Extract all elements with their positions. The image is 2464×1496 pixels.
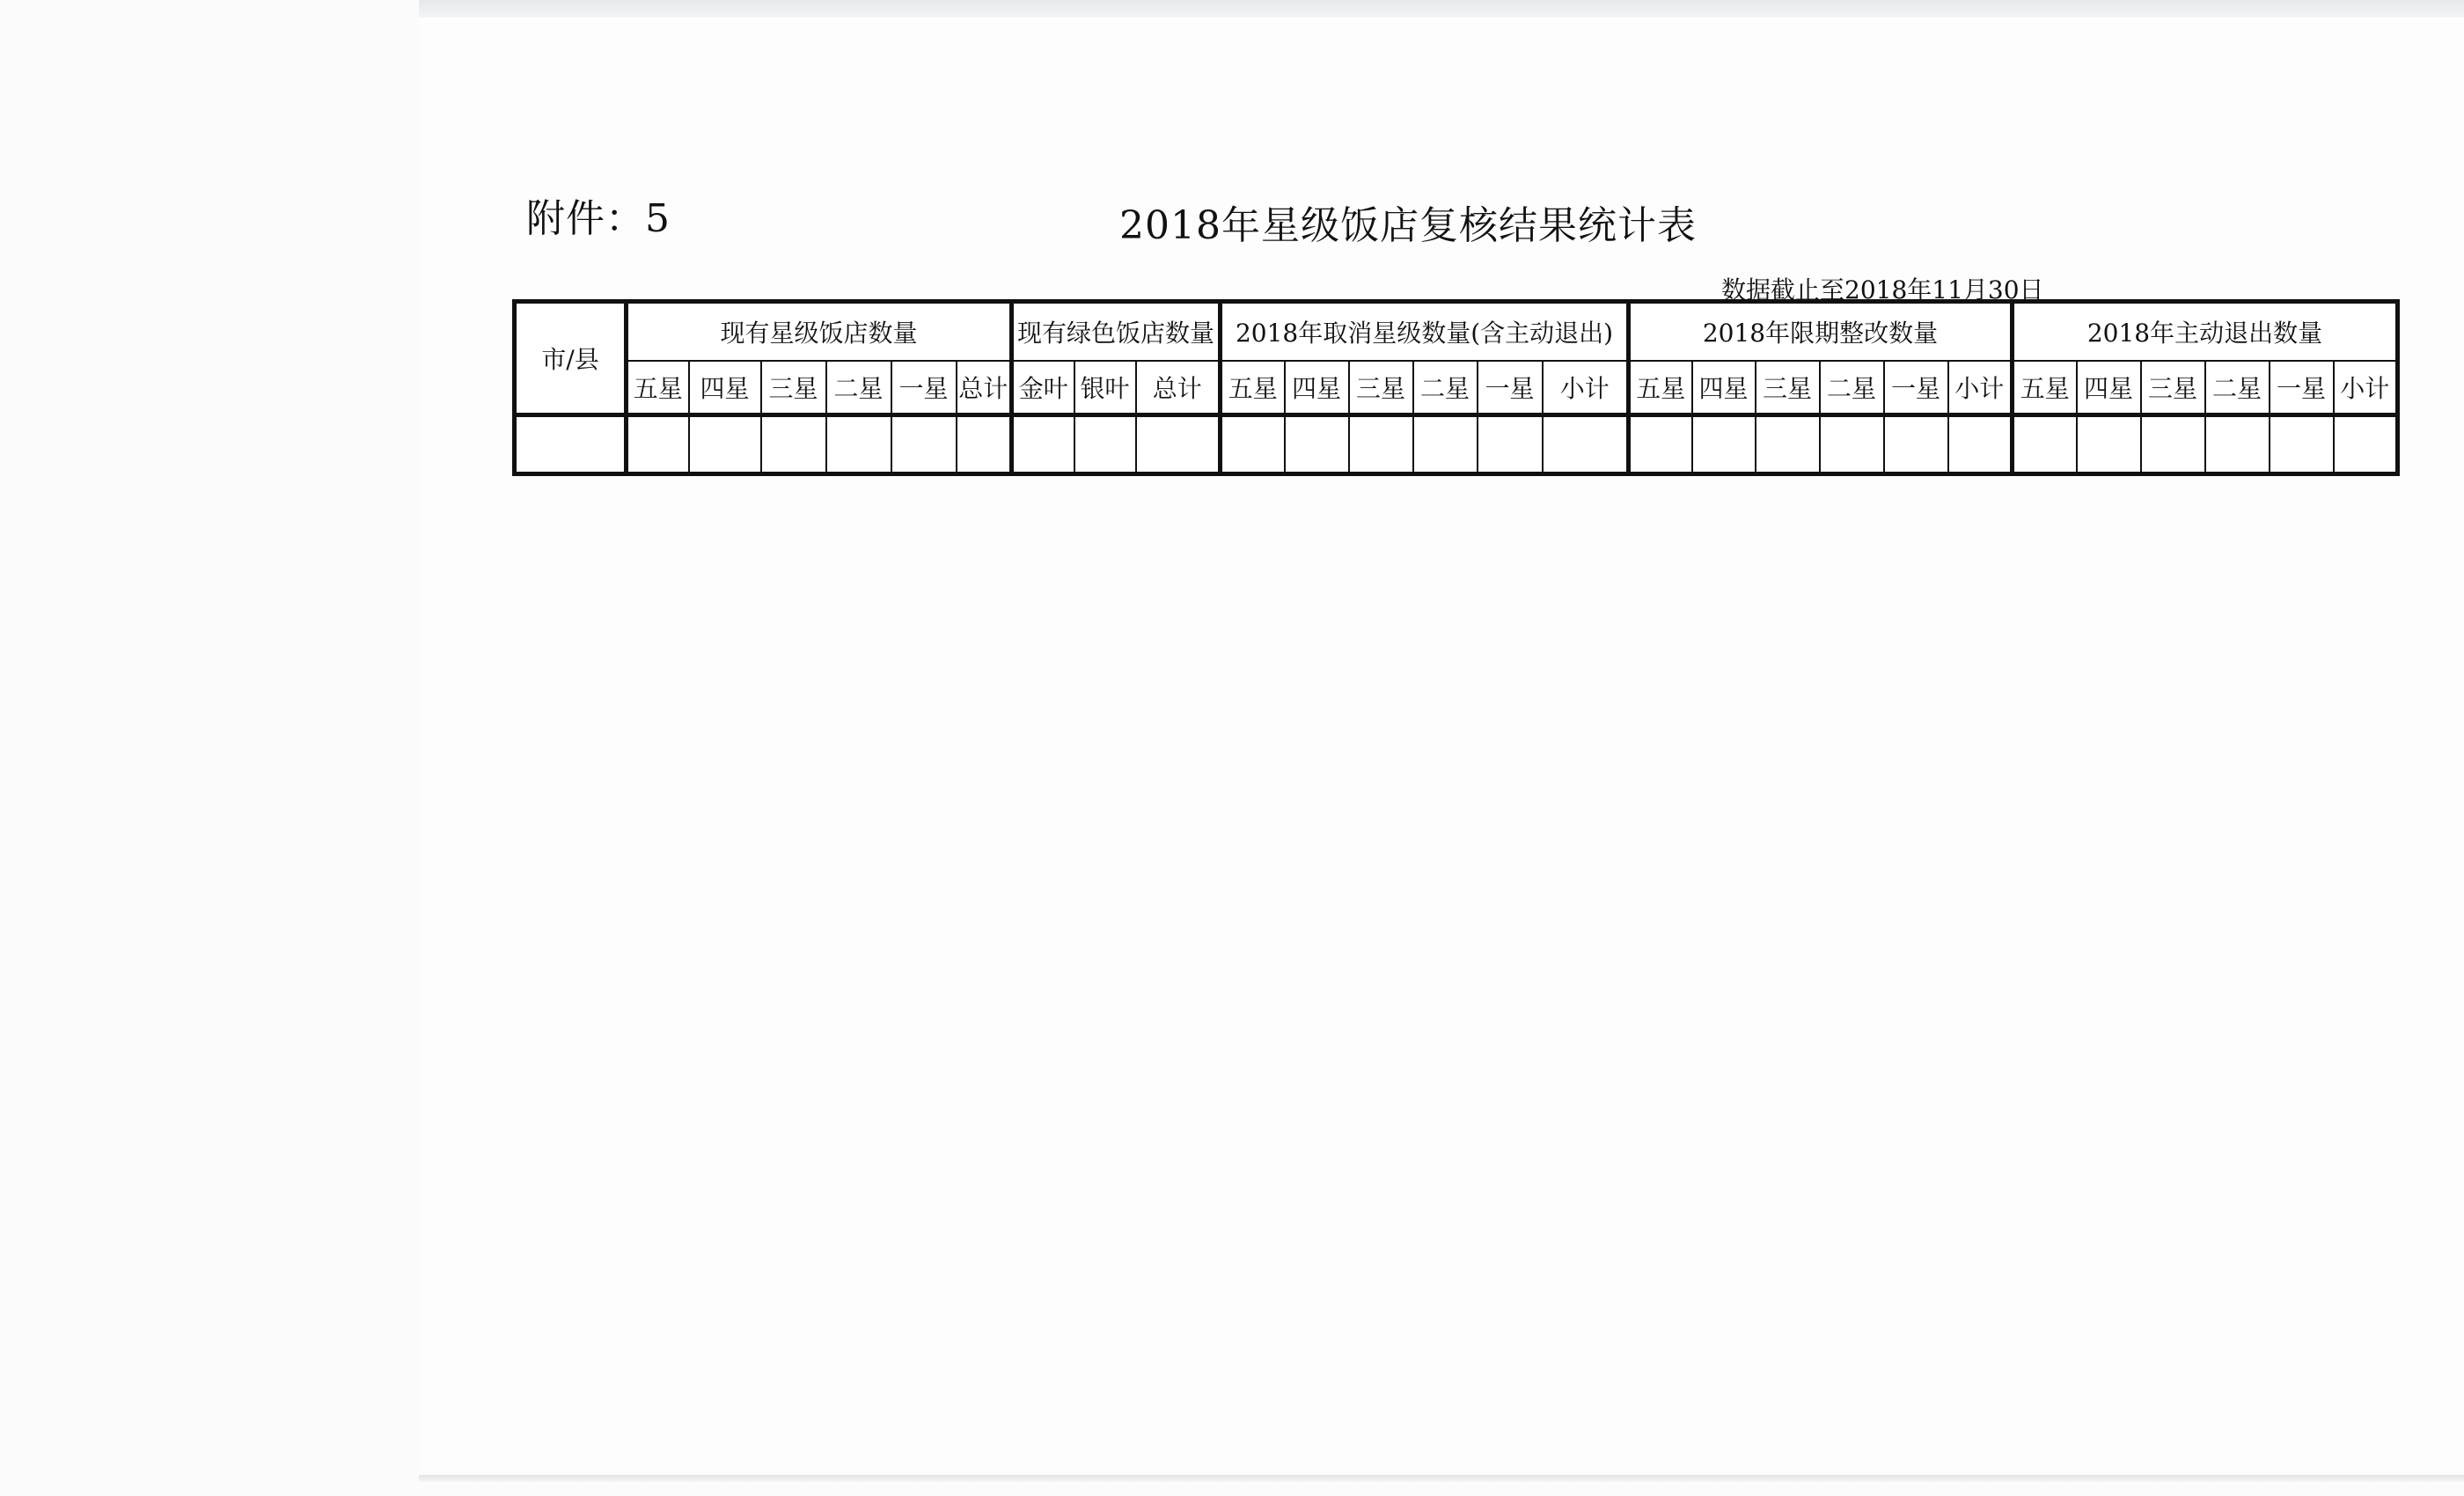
column-header: 二星 [2205, 361, 2270, 415]
column-header: 一星 [1884, 361, 1948, 415]
data-cell [627, 415, 689, 474]
data-cell [2205, 415, 2270, 474]
column-header: 三星 [1756, 361, 1820, 415]
column-header: 总计 [957, 361, 1012, 415]
column-header: 五星 [1629, 361, 1692, 415]
group-header-current-star-hotels: 现有星级饭店数量 [627, 302, 1012, 362]
column-header: 四星 [689, 361, 761, 415]
attachment-label: 附件：5 [526, 187, 671, 243]
table-subheader-row: 五星 四星 三星 二星 一星 总计 金叶 银叶 总计 五星 四星 三星 二星 一… [515, 361, 2398, 415]
column-header: 小计 [1948, 361, 2013, 415]
column-header: 一星 [1478, 361, 1543, 415]
column-header: 总计 [1136, 361, 1221, 415]
data-cell [1478, 415, 1543, 474]
data-cell [1629, 415, 1692, 474]
column-header: 五星 [627, 361, 689, 415]
group-header-current-green-hotels: 现有绿色饭店数量 [1012, 302, 1221, 362]
data-cell [2334, 415, 2398, 474]
data-cell [1948, 415, 2013, 474]
column-header: 五星 [2013, 361, 2077, 415]
data-cell [957, 415, 1012, 474]
column-header: 二星 [1820, 361, 1884, 415]
column-header: 一星 [891, 361, 957, 415]
data-cell [2013, 415, 2077, 474]
data-cell [1756, 415, 1820, 474]
data-cell [1820, 415, 1884, 474]
data-cell [2141, 415, 2205, 474]
city-county-header: 市/县 [515, 302, 627, 415]
data-cell [891, 415, 957, 474]
column-header: 小计 [2334, 361, 2398, 415]
data-cell [1285, 415, 1349, 474]
data-cell [1136, 415, 1221, 474]
column-header: 一星 [2270, 361, 2334, 415]
data-cell [1543, 415, 1629, 474]
column-header: 小计 [1543, 361, 1629, 415]
data-cell [826, 415, 891, 474]
page-top-edge [419, 0, 2464, 18]
page-bottom-edge [419, 1475, 2464, 1482]
data-cell [1413, 415, 1478, 474]
data-cell [1221, 415, 1285, 474]
column-header: 四星 [1692, 361, 1756, 415]
column-header: 四星 [1285, 361, 1349, 415]
column-header: 三星 [761, 361, 826, 415]
column-header: 三星 [2141, 361, 2205, 415]
column-header: 五星 [1221, 361, 1285, 415]
data-cell [1074, 415, 1136, 474]
table-group-header-row: 市/县 现有星级饭店数量 现有绿色饭店数量 2018年取消星级数量(含主动退出)… [515, 302, 2398, 362]
table-row [515, 415, 2398, 474]
document-title: 2018年星级饭店复核结果统计表 [1119, 194, 1697, 250]
data-cell [1884, 415, 1948, 474]
column-header: 二星 [826, 361, 891, 415]
data-cell [761, 415, 826, 474]
data-cell [1692, 415, 1756, 474]
column-header: 金叶 [1012, 361, 1074, 415]
data-cell [689, 415, 761, 474]
data-cell [1012, 415, 1074, 474]
group-header-cancelled-2018: 2018年取消星级数量(含主动退出) [1221, 302, 1629, 362]
column-header: 银叶 [1074, 361, 1136, 415]
group-header-voluntary-exit-2018: 2018年主动退出数量 [2013, 302, 2398, 362]
data-cell [2270, 415, 2334, 474]
hotel-review-stats-table: 市/县 现有星级饭店数量 现有绿色饭店数量 2018年取消星级数量(含主动退出)… [512, 299, 2400, 476]
group-header-rectification-2018: 2018年限期整改数量 [1629, 302, 2013, 362]
column-header: 三星 [1349, 361, 1413, 415]
data-cell [1349, 415, 1413, 474]
city-cell [515, 415, 627, 474]
scan-margin [0, 0, 419, 1496]
column-header: 四星 [2077, 361, 2141, 415]
column-header: 二星 [1413, 361, 1478, 415]
data-cell [2077, 415, 2141, 474]
